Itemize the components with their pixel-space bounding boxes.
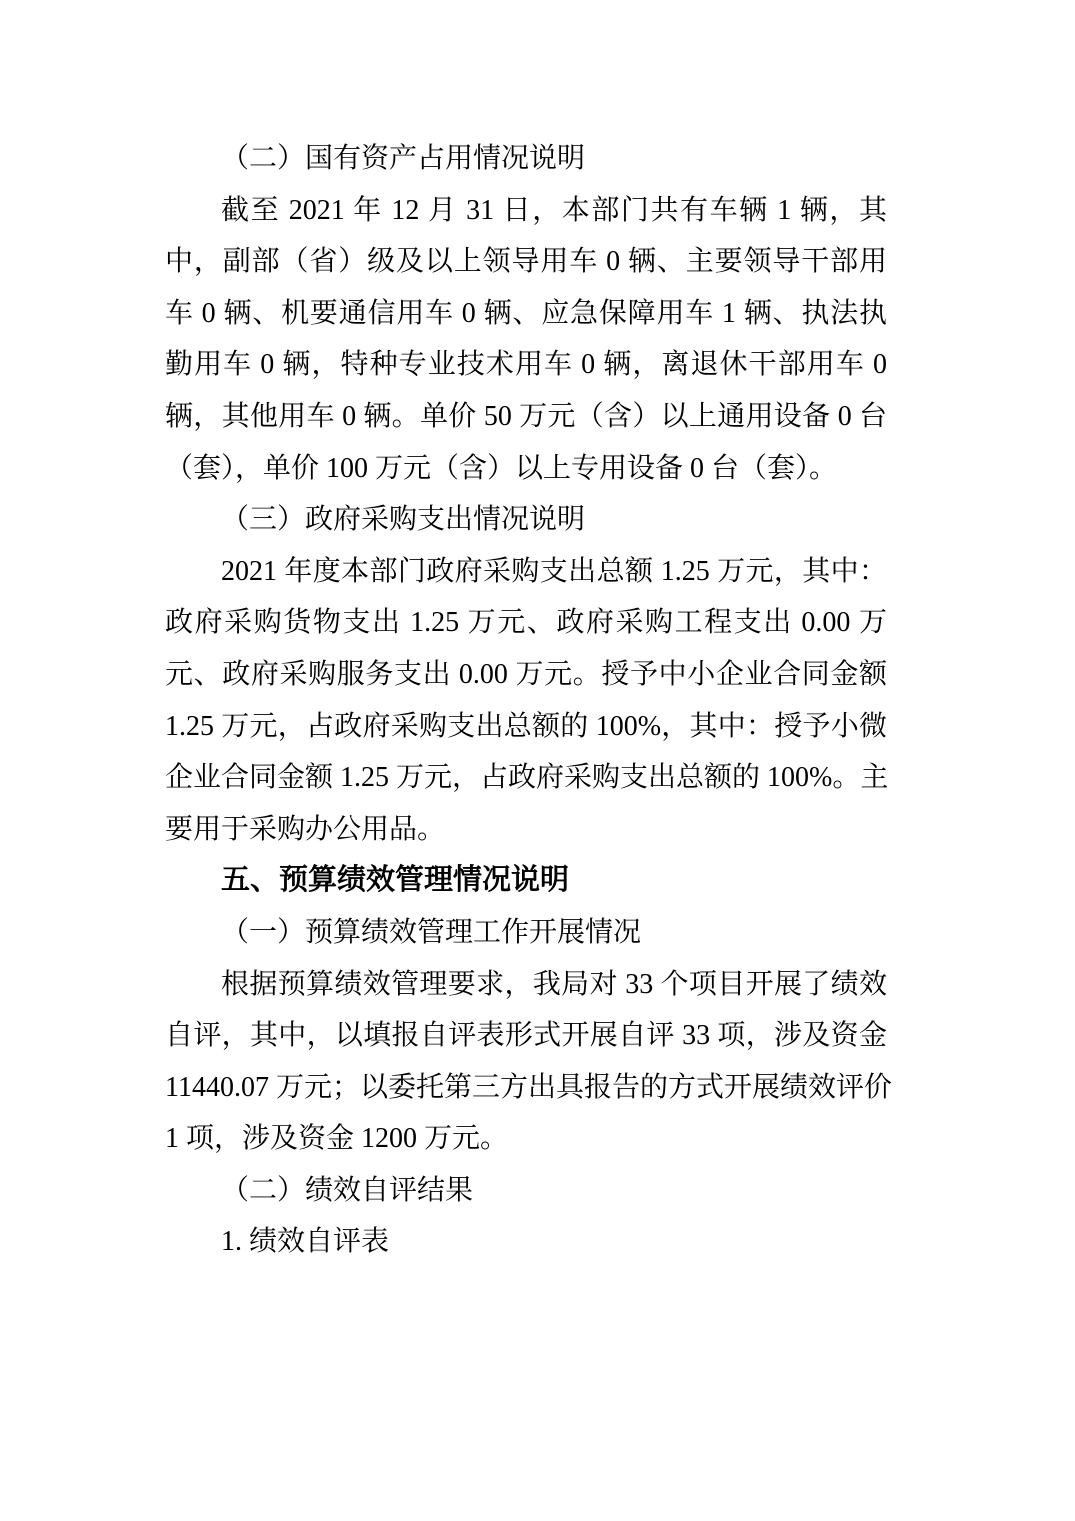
paragraph-line: 截至 2021 年 12 月 31 日，本部门共有车辆 1 辆，其 bbox=[165, 185, 887, 237]
paragraph-line: 根据预算绩效管理要求，我局对 33 个项目开展了绩效 bbox=[165, 959, 887, 1011]
subsection-heading-performance-work: （一）预算绩效管理工作开展情况 bbox=[165, 907, 887, 959]
paragraph-line: 中，副部（省）级及以上领导用车 0 辆、主要领导干部用 bbox=[165, 236, 887, 288]
document-page: （二）国有资产占用情况说明 截至 2021 年 12 月 31 日，本部门共有车… bbox=[0, 0, 1075, 1521]
subsection-heading-state-assets: （二）国有资产占用情况说明 bbox=[165, 133, 887, 185]
subsection-heading-gov-procurement: （三）政府采购支出情况说明 bbox=[165, 494, 887, 546]
paragraph-line: 车 0 辆、机要通信用车 0 辆、应急保障用车 1 辆、执法执 bbox=[165, 288, 887, 340]
paragraph-line: 勤用车 0 辆，特种专业技术用车 0 辆，离退休干部用车 0 bbox=[165, 339, 887, 391]
list-item-self-evaluation-table: 1. 绩效自评表 bbox=[165, 1216, 887, 1268]
paragraph-line: 企业合同金额 1.25 万元，占政府采购支出总额的 100%。主 bbox=[165, 752, 887, 804]
subsection-heading-self-evaluation-results: （二）绩效自评结果 bbox=[165, 1165, 887, 1217]
section-heading-budget-performance: 五、预算绩效管理情况说明 bbox=[165, 855, 887, 907]
paragraph-line: 辆，其他用车 0 辆。单价 50 万元（含）以上通用设备 0 台 bbox=[165, 391, 887, 443]
paragraph-line: 元、政府采购服务支出 0.00 万元。授予中小企业合同金额 bbox=[165, 649, 887, 701]
paragraph-line: 1.25 万元，占政府采购支出总额的 100%，其中：授予小微 bbox=[165, 701, 887, 753]
paragraph-line: 要用于采购办公用品。 bbox=[165, 804, 887, 856]
paragraph-line: 1 项，涉及资金 1200 万元。 bbox=[165, 1113, 887, 1165]
paragraph-line: 自评，其中，以填报自评表形式开展自评 33 项，涉及资金 bbox=[165, 1010, 887, 1062]
document-text-block: （二）国有资产占用情况说明 截至 2021 年 12 月 31 日，本部门共有车… bbox=[165, 133, 887, 1268]
paragraph-line: 11440.07 万元；以委托第三方出具报告的方式开展绩效评价 bbox=[165, 1062, 887, 1114]
paragraph-line: （套），单价 100 万元（含）以上专用设备 0 台（套）。 bbox=[165, 443, 887, 495]
paragraph-line: 政府采购货物支出 1.25 万元、政府采购工程支出 0.00 万 bbox=[165, 597, 887, 649]
paragraph-line: 2021 年度本部门政府采购支出总额 1.25 万元，其中： bbox=[165, 546, 887, 598]
